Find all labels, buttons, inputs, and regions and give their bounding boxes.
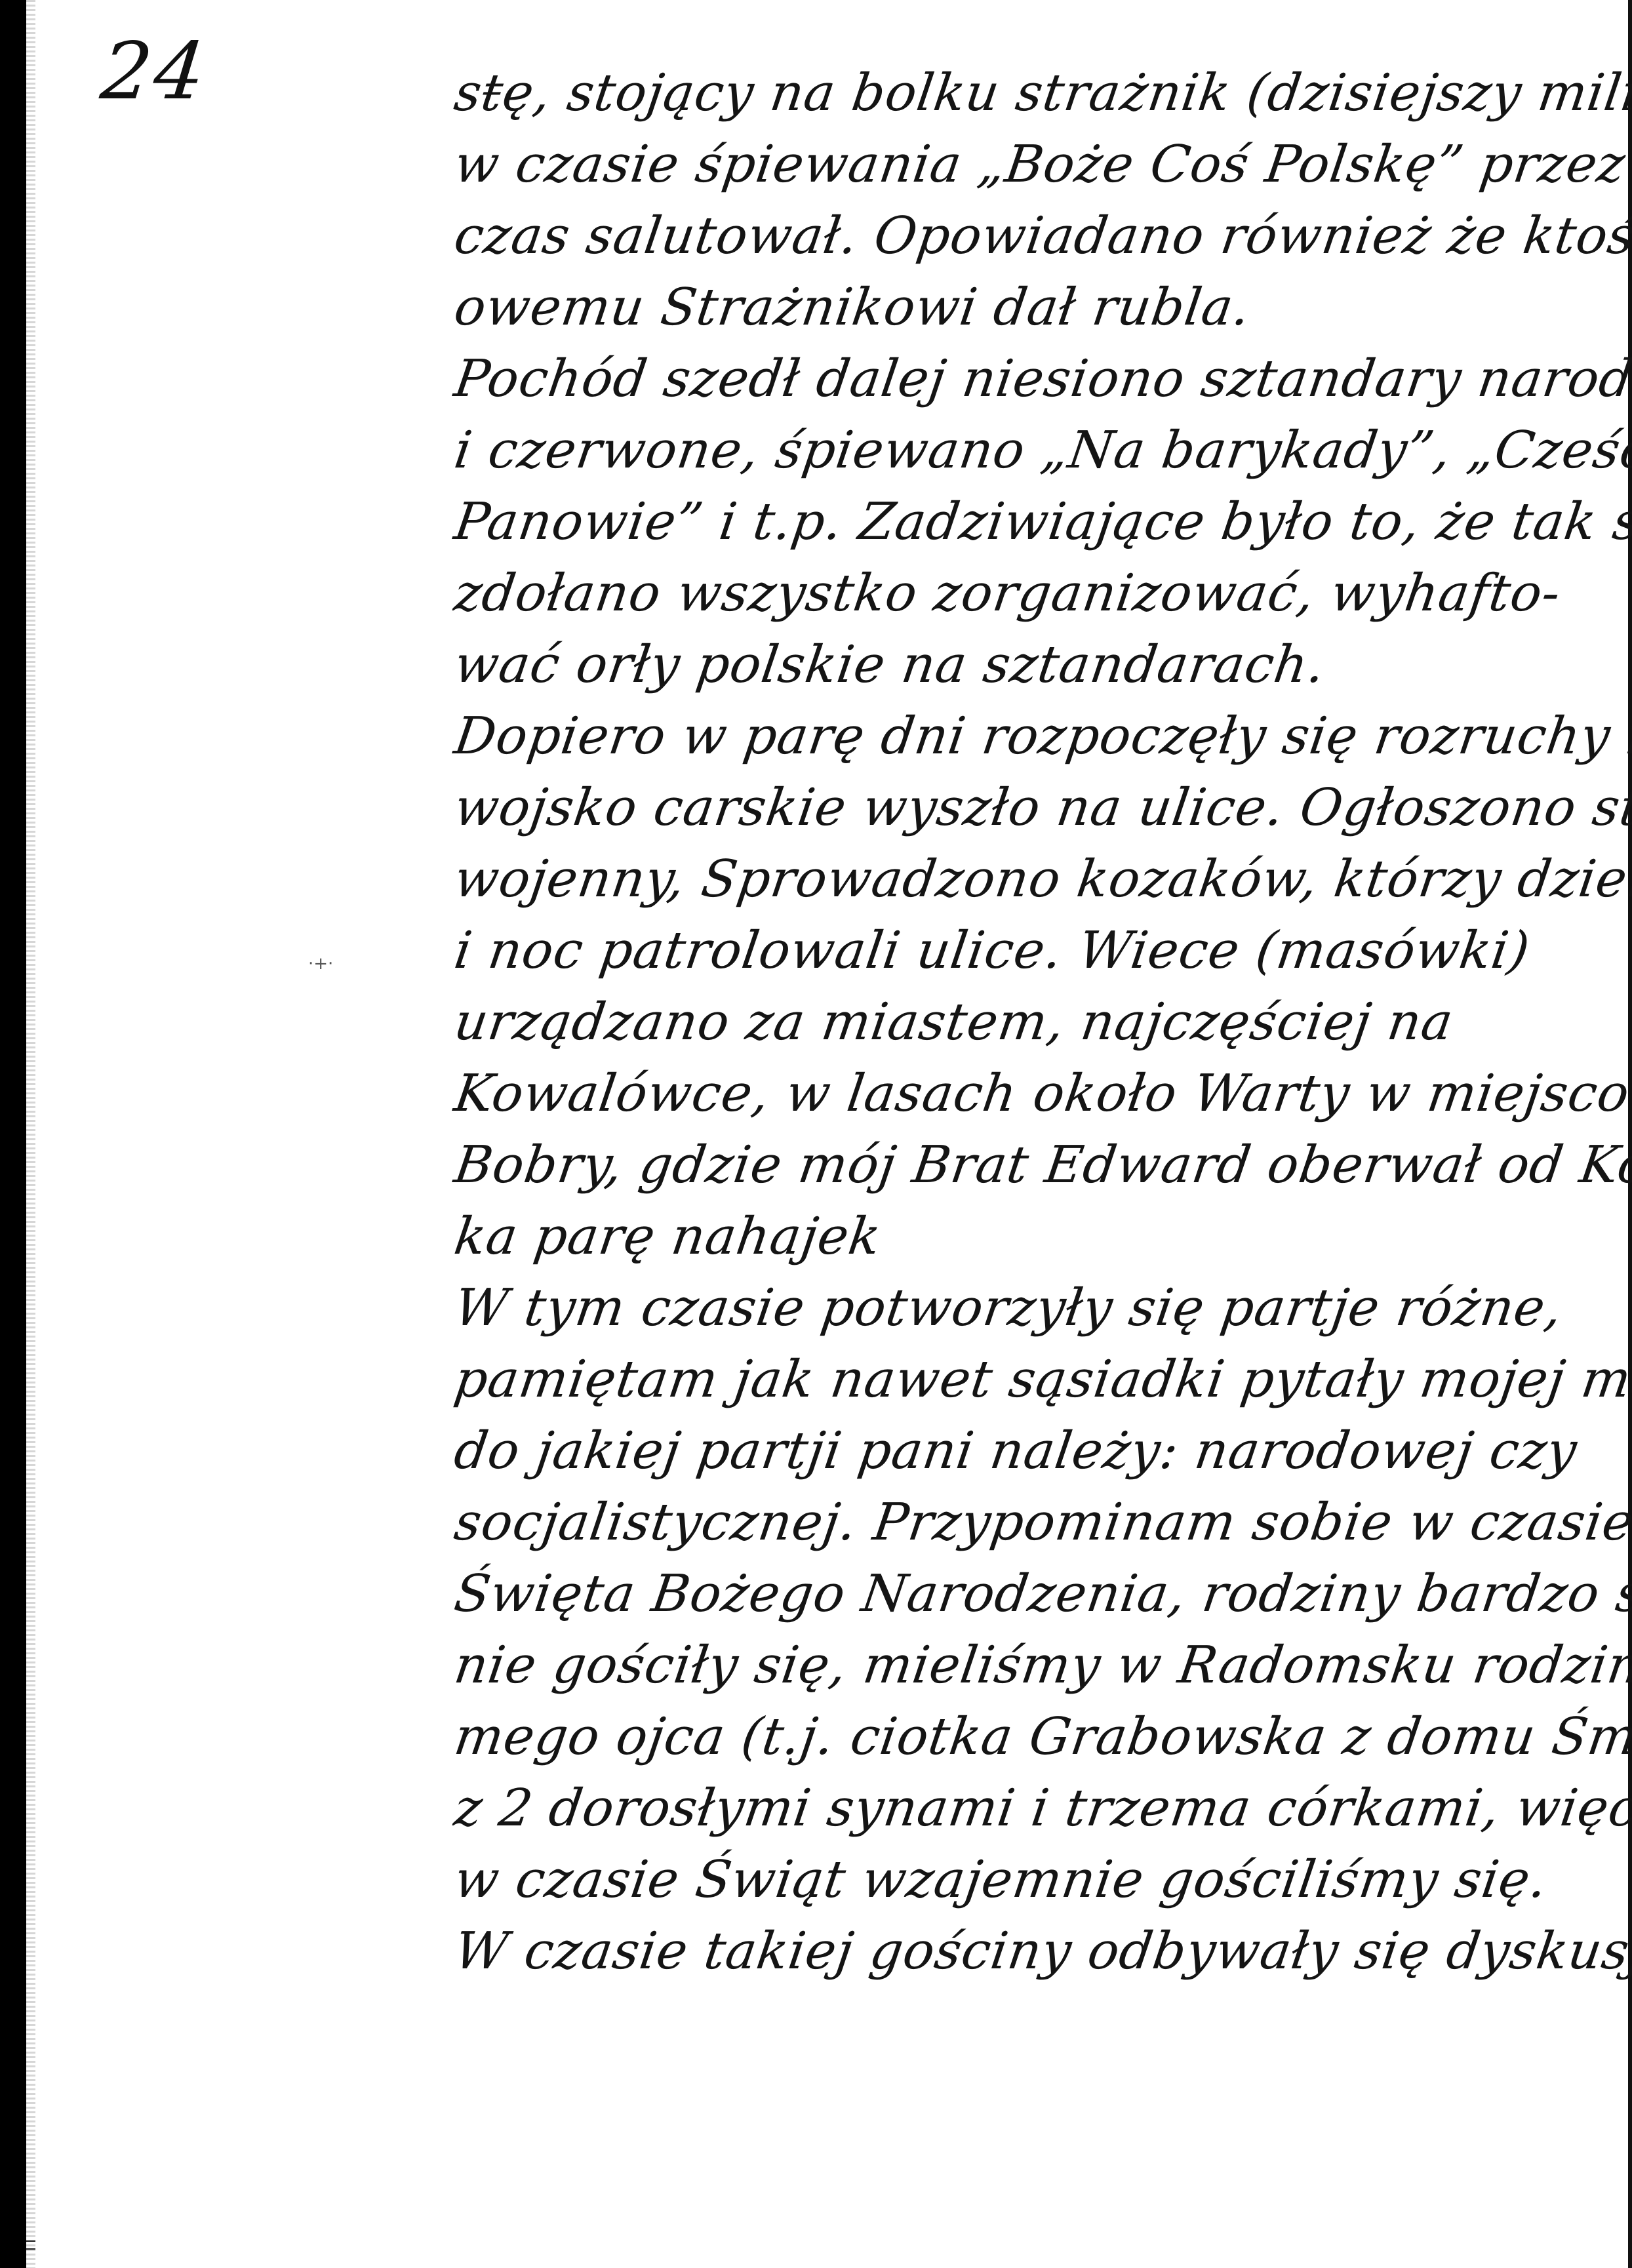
text-line: Kowalówce, w lasach około Warty w miejsc… bbox=[450, 1058, 1614, 1130]
text-line: Pochód szedł dalej niesiono sztandary na… bbox=[450, 344, 1614, 415]
text-line: mego ojca (t.j. ciotka Grabowska z domu … bbox=[450, 1701, 1614, 1773]
text-line: owemu Strażnikowi dał rubla. bbox=[450, 272, 1614, 344]
text-line: W tym czasie potworzyły się partje różne… bbox=[450, 1273, 1614, 1344]
text-line: Panowie” i t.p. Zadziwiające było to, że… bbox=[450, 487, 1614, 558]
text-line: i czerwone, śpiewano „Na barykady”, „Cze… bbox=[450, 415, 1614, 487]
margin-mark: ·+· bbox=[308, 954, 333, 974]
text-line: z 2 dorosłymi synami i trzema córkami, w… bbox=[450, 1773, 1614, 1844]
text-line: Dopiero w parę dni rozpoczęły się rozruc… bbox=[450, 701, 1614, 772]
handwritten-text-block: sŧę, stojący na bolku strażnik (dzisiejs… bbox=[450, 58, 1604, 1987]
text-line: zdołano wszystko zorganizować, wyhafto- bbox=[450, 558, 1614, 629]
text-line: nie gościły się, mieliśmy w Radomsku rod… bbox=[450, 1630, 1614, 1701]
text-line: wać orły polskie na sztandarach. bbox=[450, 629, 1614, 701]
text-line: do jakiej partji pani należy: narodowej … bbox=[450, 1416, 1614, 1487]
text-line: wojenny, Sprowadzono kozaków, którzy dzi… bbox=[450, 844, 1614, 915]
text-line: i noc patrolowali ulice. Wiece (masówki) bbox=[450, 915, 1614, 987]
text-line: Święta Bożego Narodzenia, rodziny bardzo… bbox=[450, 1559, 1614, 1630]
text-line: czas salutował. Opowiadano również że kt… bbox=[450, 201, 1614, 272]
text-line: w czasie śpiewania „Boże Coś Polskę” prz… bbox=[450, 129, 1614, 201]
text-line: W czasie takiej gościny odbywały się dys… bbox=[450, 1916, 1614, 1987]
text-line: w czasie Świąt wzajemnie gościliśmy się. bbox=[450, 1844, 1614, 1916]
text-line: pamiętam jak nawet sąsiadki pytały mojej… bbox=[450, 1344, 1614, 1416]
text-line: sŧę, stojący na bolku strażnik (dzisiejs… bbox=[450, 58, 1614, 129]
text-line: socjalistycznej. Przypominam sobie w cza… bbox=[450, 1487, 1614, 1559]
text-line: Bobry, gdzie mój Brat Edward oberwał od … bbox=[450, 1130, 1614, 1201]
page-number: 24 bbox=[97, 26, 212, 117]
text-line: wojsko carskie wyszło na ulice. Ogłoszon… bbox=[450, 772, 1614, 844]
text-line: ka parę nahajek bbox=[450, 1201, 1614, 1273]
scan-binding-edge bbox=[26, 0, 35, 2268]
scan-left-border bbox=[0, 0, 26, 2268]
text-line: urządzano za miastem, najczęściej na bbox=[450, 987, 1614, 1058]
